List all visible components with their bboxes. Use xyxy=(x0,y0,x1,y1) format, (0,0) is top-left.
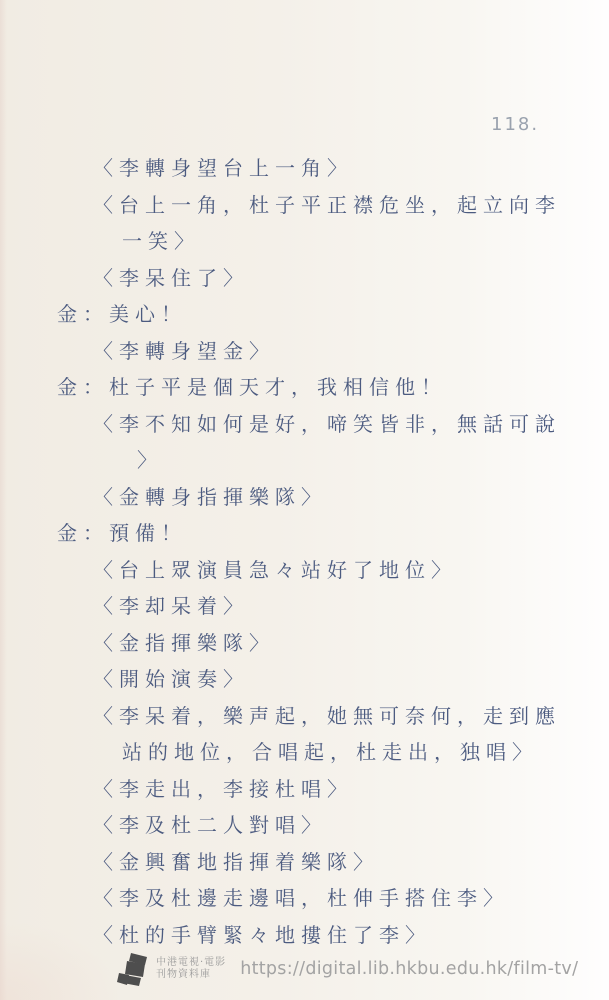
dialogue-text: 杜子平是個天才，我相信他！ xyxy=(109,375,447,399)
watermark-url: https://digital.lib.hkbu.edu.hk/film-tv/ xyxy=(240,959,578,979)
library-logo-text: 中港電視·電影 刊物資料庫 xyxy=(156,957,226,981)
dialogue-line: 金：美心！ xyxy=(0,296,609,333)
library-watermark: 中港電視·電影 刊物資料庫 https://digital.lib.hkbu.e… xyxy=(117,951,578,987)
script-line: 〈李呆着，樂声起，她無可奈何，走到應 xyxy=(0,698,609,735)
logo-text-line2: 刊物資料庫 xyxy=(156,969,211,980)
script-line: 〈李轉身望台上一角〉 xyxy=(0,150,609,187)
script-line: 〈李却呆着〉 xyxy=(0,588,609,625)
script-line: 〈金轉身指揮樂隊〉 xyxy=(0,479,609,516)
script-line: 〈台上眾演員急々站好了地位〉 xyxy=(0,552,609,589)
script-line: 〈李走出，李接杜唱〉 xyxy=(0,771,609,808)
dialogue-text: 預備！ xyxy=(109,521,187,545)
dialogue-text: 美心！ xyxy=(109,302,187,326)
scanned-script-page: 118. 〈李轉身望台上一角〉 〈台上一角，杜子平正襟危坐，起立向李 一笑〉 〈… xyxy=(0,0,609,1000)
library-logo: 中港電視·電影 刊物資料庫 xyxy=(117,951,240,987)
script-line: 〈開始演奏〉 xyxy=(0,661,609,698)
script-line: 〈李呆住了〉 xyxy=(0,260,609,297)
script-body: 〈李轉身望台上一角〉 〈台上一角，杜子平正襟危坐，起立向李 一笑〉 〈李呆住了〉… xyxy=(0,150,609,953)
script-line: 〈金興奮地指揮着樂隊〉 xyxy=(0,844,609,881)
studio-light-icon xyxy=(117,951,149,987)
script-line-continuation: 站的地位，合唱起，杜走出，独唱〉 xyxy=(0,734,609,771)
speaker-label: 金： xyxy=(57,375,109,399)
speaker-label: 金： xyxy=(57,302,109,326)
dialogue-line: 金：杜子平是個天才，我相信他！ xyxy=(0,369,609,406)
script-line: 〈杜的手臂緊々地摟住了李〉 xyxy=(0,917,609,954)
script-line: 〈李及杜邊走邊唱，杜伸手搭住李〉 xyxy=(0,880,609,917)
logo-text-line1: 中港電視·電影 xyxy=(156,957,226,968)
script-line-continuation: 〉 xyxy=(0,442,609,479)
page-number: 118. xyxy=(491,114,539,135)
speaker-label: 金： xyxy=(57,521,109,545)
script-line: 〈金指揮樂隊〉 xyxy=(0,625,609,662)
script-line: 〈李及杜二人對唱〉 xyxy=(0,807,609,844)
script-line: 〈台上一角，杜子平正襟危坐，起立向李 xyxy=(0,187,609,224)
script-line: 〈李不知如何是好，啼笑皆非，無話可說 xyxy=(0,406,609,443)
script-line-continuation: 一笑〉 xyxy=(0,223,609,260)
script-line: 〈李轉身望金〉 xyxy=(0,333,609,370)
dialogue-line: 金：預備！ xyxy=(0,515,609,552)
